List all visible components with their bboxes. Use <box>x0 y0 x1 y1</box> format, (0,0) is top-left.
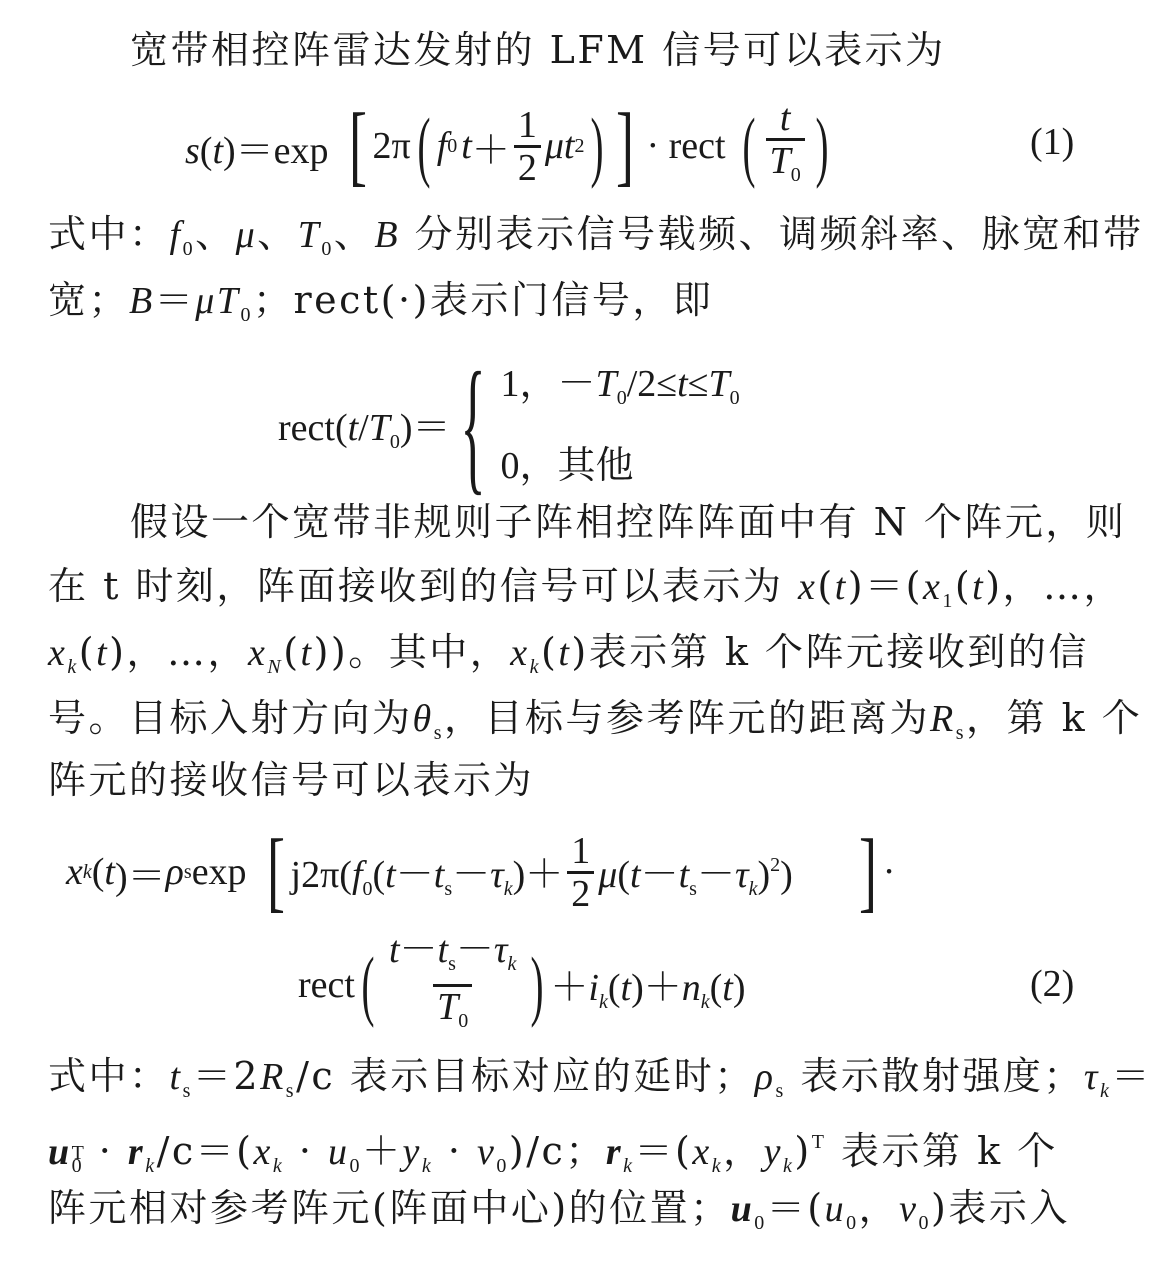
equation-2-line-1: xk(t)＝ρsexp [ j2π(f0(t－ts－τk)＋ 12 μ(t－ts… <box>66 822 895 922</box>
explanation-line-3: 阵元相对参考阵元(阵面中心)的位置；u0＝(u0，v0)表示入 <box>48 1184 1088 1247</box>
equation-2-number: (2) <box>1030 962 1074 1006</box>
intro-paragraph: 宽带相控阵雷达发射的 LFM 信号可以表示为 <box>130 26 1161 74</box>
assumption-line-5: 阵元的接收信号可以表示为 <box>48 756 1088 804</box>
assumption-line-1: 假设一个宽带非规则子阵相控阵阵面中有 N 个阵元，则 <box>130 498 1161 546</box>
rect-definition: rect(t/T0)＝ { 1，－T0/2≤t≤T0 0，其他 <box>278 350 740 500</box>
equation-1: s(t)＝exp [ 2π( f0t＋ 12 μt2 ) ] · rect ( … <box>185 96 835 196</box>
equation-2-line-2: rect( t－ts－τkT0 ) ＋ik(t)＋nk(t) <box>298 935 745 1035</box>
explanation-line-1: 式中：ts＝2Rs/c 表示目标对应的延时；ρs 表示散射强度；τk＝ <box>48 1052 1088 1115</box>
definition-line-2: 宽；B＝μT0；rect(·)表示门信号，即 <box>48 276 1088 339</box>
assumption-line-2: 在 t 时刻，阵面接收到的信号可以表示为 x(t)＝(x1(t)，…， <box>48 562 1088 625</box>
explanation-line-2: uT0 · rk/c＝(xk · u0＋yk · v0)/c；rk＝(xk，yk… <box>48 1118 1088 1190</box>
assumption-line-3: xk(t)，…，xN(t))。其中，xk(t)表示第 k 个阵元接收到的信 <box>48 628 1088 691</box>
definition-line-1: 式中：f0、μ、T0、B 分别表示信号载频、调频斜率、脉宽和带 <box>48 210 1088 273</box>
assumption-line-4: 号。目标入射方向为θs，目标与参考阵元的距离为Rs，第 k 个 <box>48 694 1088 757</box>
equation-1-number: (1) <box>1030 120 1074 164</box>
